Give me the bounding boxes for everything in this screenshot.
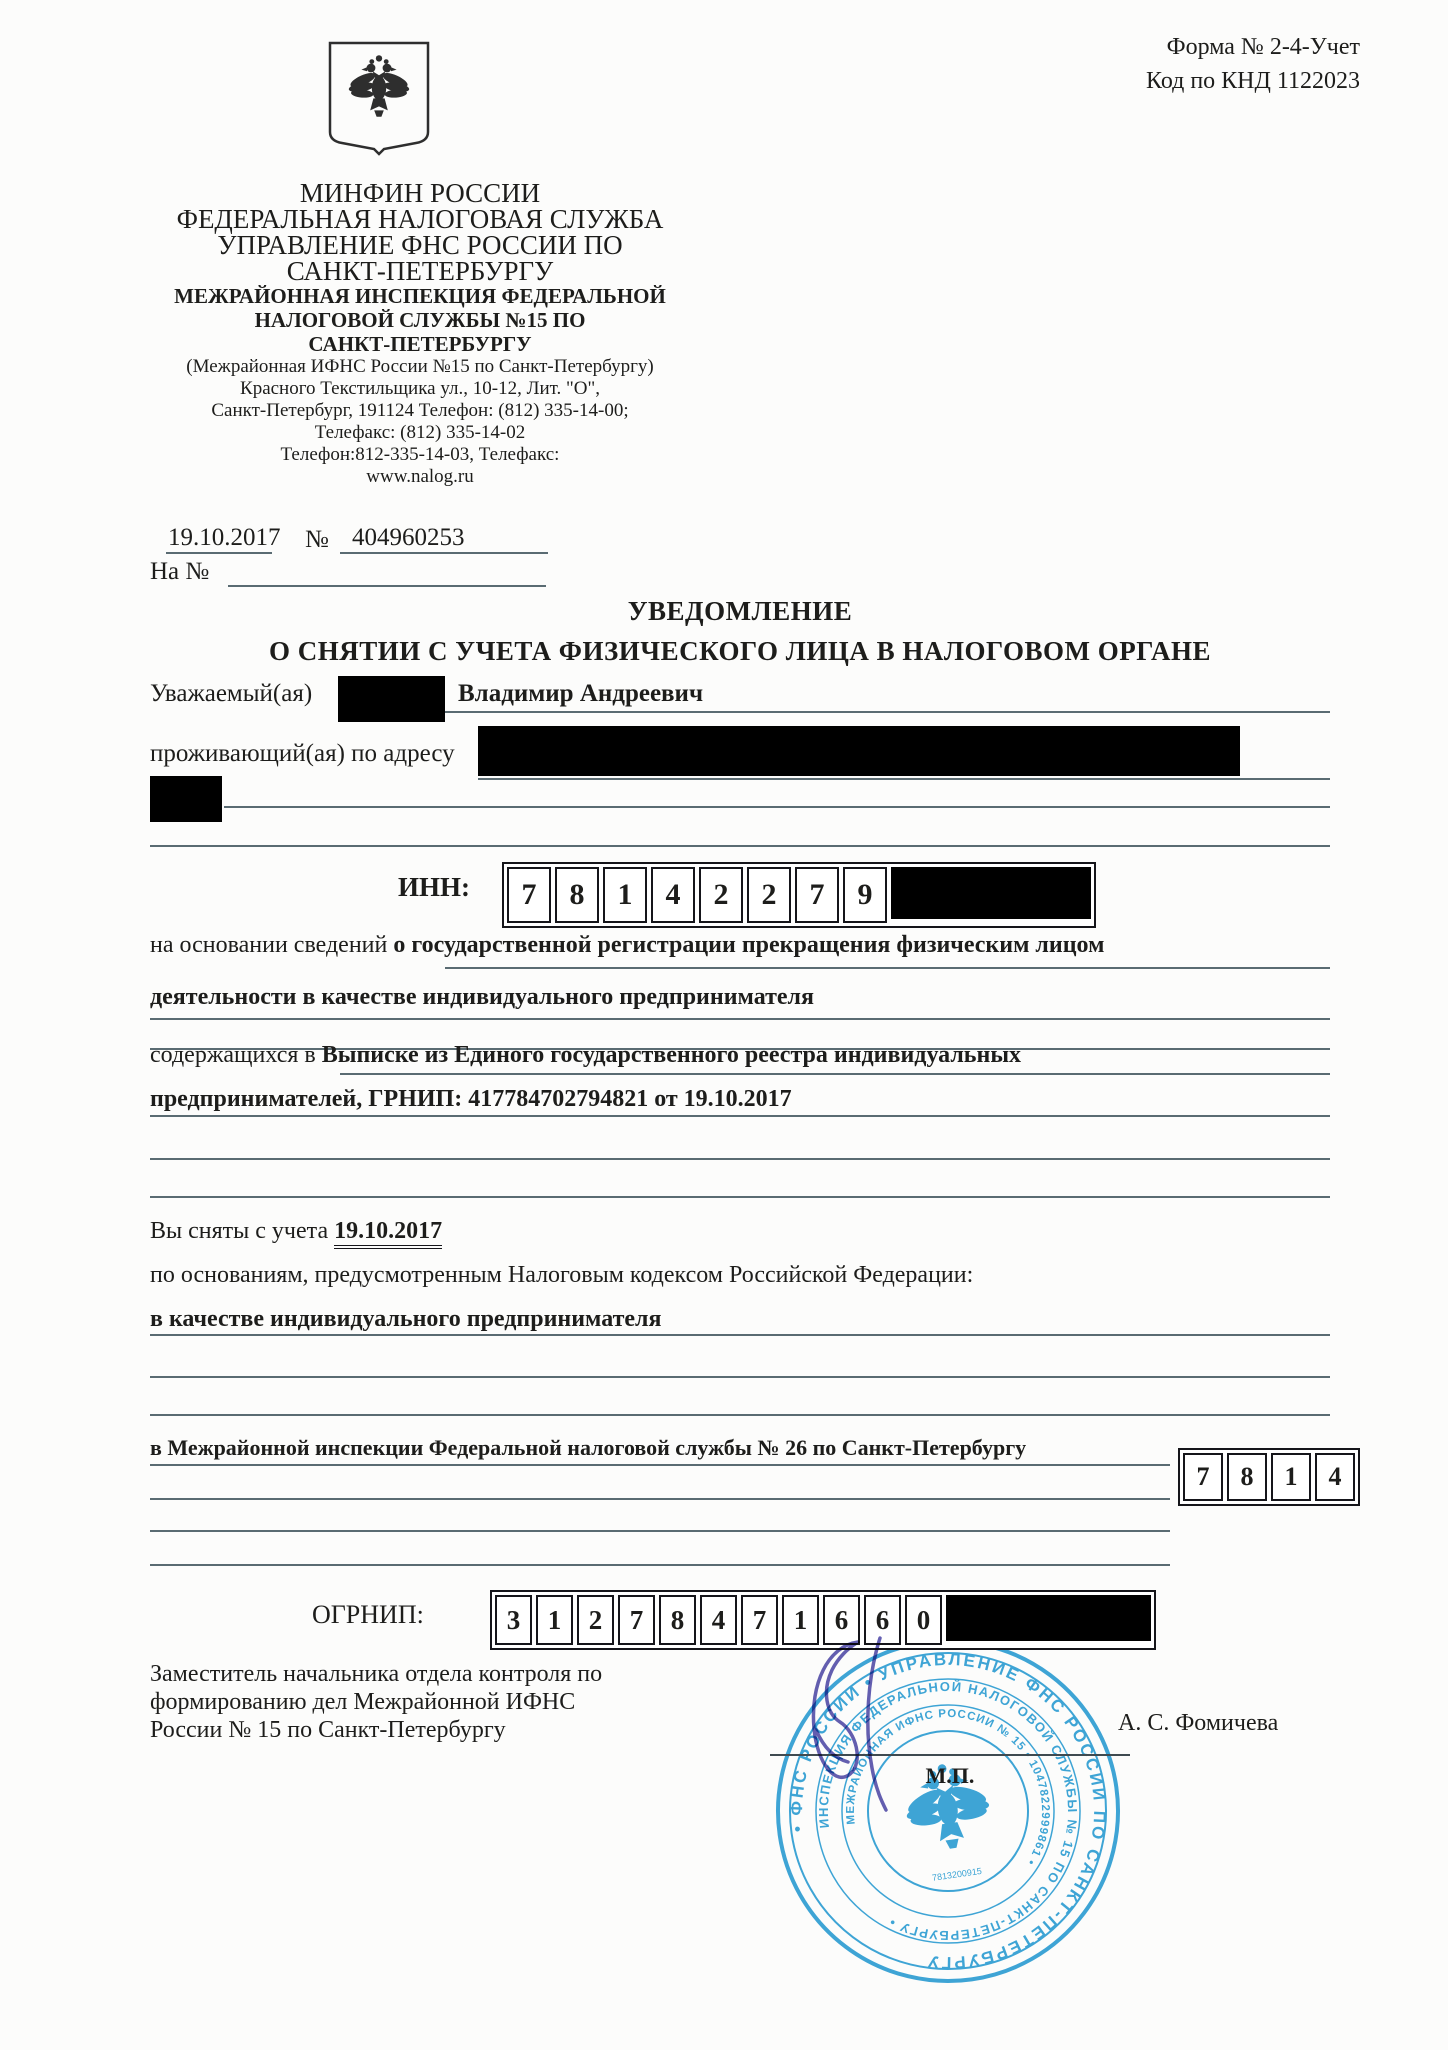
inn-digit: 7: [795, 867, 839, 923]
address-underline: [478, 778, 1330, 780]
document-number: 404960253: [352, 524, 465, 552]
address-label: проживающий(ая) по адресу: [150, 740, 455, 768]
signer-position-line: Заместитель начальника отдела контроля п…: [150, 1660, 602, 1688]
blank-line: [150, 1196, 1330, 1198]
form-number: Форма № 2-4-Учет: [1020, 30, 1360, 64]
letterhead-line: САНКТ-ПЕТЕРБУРГУ: [105, 258, 735, 284]
code-digit: 8: [1227, 1453, 1267, 1501]
inn-digit-boxes: 7 8 1 4 2 2 7 9: [502, 862, 1096, 928]
inspection-underline: [150, 1464, 1170, 1466]
letterhead-line: Красного Текстильщика ул., 10-12, Лит. "…: [105, 378, 735, 400]
blank-line: [150, 1564, 1170, 1566]
inn-digit: 9: [843, 867, 887, 923]
deregistered-prefix: Вы сняты с учета: [150, 1218, 328, 1244]
inn-digit: 1: [603, 867, 647, 923]
letterhead-line: САНКТ-ПЕТЕРБУРГУ: [105, 332, 735, 356]
letterhead-website: www.nalog.ru: [105, 466, 735, 488]
contained-underline-1: [340, 1073, 1330, 1075]
contained-line-2: предпринимателей, ГРНИП: 417784702794821…: [150, 1086, 792, 1113]
inn-digit: 2: [747, 867, 791, 923]
deregistered-line: Вы сняты с учета 19.10.2017: [150, 1218, 442, 1245]
code-digit: 4: [1315, 1453, 1355, 1501]
redaction-inn: [891, 867, 1091, 919]
signer-position-line: России № 15 по Санкт-Петербургу: [150, 1716, 602, 1744]
letterhead-line: МЕЖРАЙОННАЯ ИНСПЕКЦИЯ ФЕДЕРАЛЬНОЙ: [105, 284, 735, 308]
letterhead-line: УПРАВЛЕНИЕ ФНС РОССИИ ПО: [105, 232, 735, 258]
contained-bold: Выписке из Единого государственного реес…: [322, 1042, 1021, 1068]
document-subtitle: О СНЯТИИ С УЧЕТА ФИЗИЧЕСКОГО ЛИЦА В НАЛО…: [150, 636, 1330, 666]
grounds-line: по основаниям, предусмотренным Налоговым…: [150, 1262, 973, 1289]
blank-line: [150, 1158, 1330, 1160]
capacity-underline: [150, 1334, 1330, 1336]
letterhead-line: НАЛОГОВОЙ СЛУЖБЫ №15 ПО: [105, 308, 735, 332]
ogrnip-digit: 4: [700, 1595, 737, 1645]
blank-line: [150, 1376, 1330, 1378]
basis-bold: о государственной регистрации прекращени…: [393, 932, 1104, 958]
basis-line-2: деятельности в качестве индивидуального …: [150, 984, 814, 1011]
stamp-center-number: 7813200915: [931, 1866, 982, 1883]
form-code-block: Форма № 2-4-Учет Код по КНД 1122023: [1020, 30, 1360, 98]
signer-name: А. С. Фомичева: [1118, 1710, 1278, 1737]
document-date: 19.10.2017: [168, 524, 281, 552]
redaction-ogrnip: [946, 1595, 1151, 1641]
letterhead-line: (Межрайонная ИФНС России №15 по Санкт-Пе…: [105, 356, 735, 378]
blank-line: [150, 1498, 1170, 1500]
contained-prefix: содержащихся в: [150, 1042, 316, 1068]
ogrnip-digit: 7: [741, 1595, 778, 1645]
reply-to-label: На №: [150, 558, 209, 586]
reply-underline: [228, 585, 546, 587]
letterhead-line: МИНФИН РОССИИ: [105, 180, 735, 206]
number-underline: [340, 552, 548, 554]
blank-line: [150, 1530, 1170, 1532]
ogrnip-label: ОГРНИП:: [312, 1600, 424, 1629]
basis-underline-2: [150, 1018, 1330, 1020]
inspection-line: в Межрайонной инспекции Федеральной нало…: [150, 1436, 1026, 1461]
letterhead: МИНФИН РОССИИ ФЕДЕРАЛЬНАЯ НАЛОГОВАЯ СЛУЖ…: [105, 180, 735, 488]
redaction-address: [478, 726, 1240, 776]
signer-position: Заместитель начальника отдела контроля п…: [150, 1660, 602, 1744]
person-name: Владимир Андреевич: [458, 680, 703, 708]
redaction-surname: [338, 676, 445, 722]
capacity-line: в качестве индивидуального предпринимате…: [150, 1306, 662, 1333]
letterhead-line: Телефон:812-335-14-03, Телефакс:: [105, 444, 735, 466]
address-underline-2: [224, 806, 1330, 808]
inn-digit: 8: [555, 867, 599, 923]
basis-prefix: на основании сведений: [150, 932, 387, 958]
number-sign: №: [305, 526, 329, 554]
document-title: УВЕДОМЛЕНИЕ: [150, 596, 1330, 626]
document-page: Форма № 2-4-Учет Код по КНД 1122023 МИНФ…: [0, 0, 1448, 2050]
handwritten-signature: [792, 1634, 932, 1824]
ogrnip-digit: 2: [577, 1595, 614, 1645]
knd-code: Код по КНД 1122023: [1020, 64, 1360, 98]
code-digit: 7: [1183, 1453, 1223, 1501]
blank-line: [150, 1414, 1330, 1416]
blank-line: [150, 845, 1330, 847]
inn-digit: 7: [507, 867, 551, 923]
basis-line-1: на основании сведений о государственной …: [150, 932, 1104, 959]
inn-digit: 2: [699, 867, 743, 923]
contained-underline-2: [150, 1115, 1330, 1117]
redaction-address-2: [150, 776, 222, 822]
letterhead-line: Санкт-Петербург, 191124 Телефон: (812) 3…: [105, 400, 735, 422]
signer-position-line: формированию дел Межрайонной ИФНС: [150, 1688, 602, 1716]
ogrnip-digit: 1: [536, 1595, 573, 1645]
letterhead-line: Телефакс: (812) 335-14-02: [105, 422, 735, 444]
contained-line-1: содержащихся в Выписке из Единого госуда…: [150, 1042, 1021, 1069]
date-underline: [166, 552, 272, 554]
letterhead-line: ФЕДЕРАЛЬНАЯ НАЛОГОВАЯ СЛУЖБА: [105, 206, 735, 232]
basis-underline-1: [445, 967, 1330, 969]
inn-label: ИНН:: [398, 872, 470, 902]
ogrnip-digit: 8: [659, 1595, 696, 1645]
inn-digit: 4: [651, 867, 695, 923]
code-digit: 1: [1271, 1453, 1311, 1501]
coat-of-arms-icon: [321, 36, 437, 160]
deregistered-date: 19.10.2017: [334, 1218, 442, 1249]
ogrnip-digit: 3: [495, 1595, 532, 1645]
salutation-label: Уважаемый(ая): [150, 680, 312, 708]
salutation-underline: [338, 711, 1330, 713]
ogrnip-digit: 7: [618, 1595, 655, 1645]
inspection-code-boxes: 7 8 1 4: [1178, 1448, 1360, 1506]
